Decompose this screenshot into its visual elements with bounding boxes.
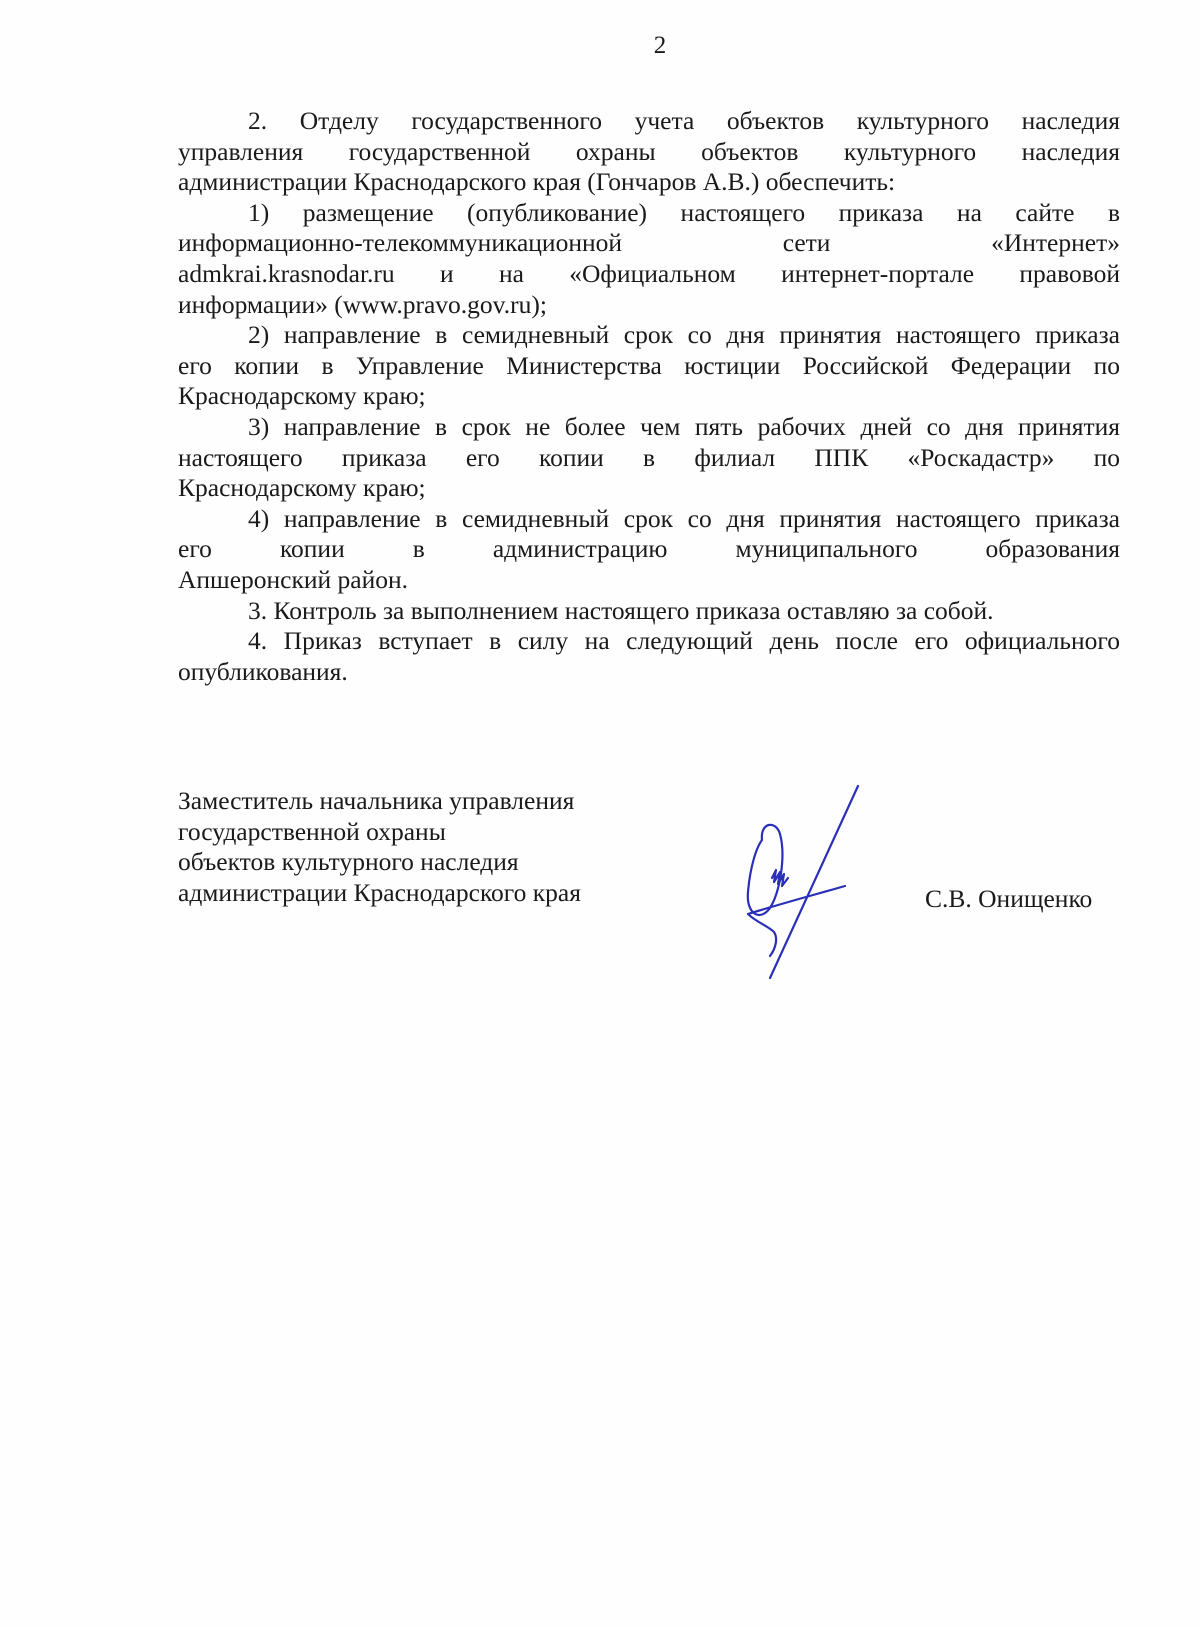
text-line: его копии в Управление Министерства юсти… bbox=[178, 351, 1120, 382]
paragraph-2-item-3: 3) направление в срок не более чем пять … bbox=[178, 412, 1120, 504]
text-line: информационно-телекоммуникационной сети … bbox=[178, 228, 1120, 259]
text-line: 2. Отделу государственного учета объекто… bbox=[178, 106, 1120, 137]
paragraph-2-item-2: 2) направление в семидневный срок со дня… bbox=[178, 320, 1120, 412]
text-line: admkrai.krasnodar.ru и на «Официальном и… bbox=[178, 259, 1120, 290]
text-line: опубликования. bbox=[178, 657, 1120, 688]
text-line: управления государственной охраны объект… bbox=[178, 137, 1120, 168]
text-line: настоящего приказа его копии в филиал ПП… bbox=[178, 443, 1120, 474]
text-line: 3) направление в срок не более чем пять … bbox=[178, 412, 1120, 443]
signatory-title-line: государственной охраны bbox=[178, 817, 581, 848]
text-line: Апшеронский район. bbox=[178, 565, 1120, 596]
page-number: 2 bbox=[0, 32, 1200, 60]
paragraph-2-item-1: 1) размещение (опубликование) настоящего… bbox=[178, 198, 1120, 320]
text-line: администрации Краснодарского края (Гонча… bbox=[178, 167, 1120, 198]
text-line: 3. Контроль за выполнением настоящего пр… bbox=[178, 596, 1120, 627]
signatory-title-line: Заместитель начальника управления bbox=[178, 786, 581, 817]
text-line: его копии в администрацию муниципального… bbox=[178, 534, 1120, 565]
handwritten-signature-icon bbox=[730, 782, 880, 982]
paragraph-3: 3. Контроль за выполнением настоящего пр… bbox=[178, 596, 1120, 627]
text-line: 4. Приказ вступает в силу на следующий д… bbox=[178, 626, 1120, 657]
signatory-title-line: объектов культурного наследия bbox=[178, 847, 581, 878]
text-line: Краснодарскому краю; bbox=[178, 473, 1120, 504]
document-page: 2 2. Отделу государственного учета объек… bbox=[0, 0, 1200, 1626]
signatory-title-line: администрации Краснодарского края bbox=[178, 878, 581, 909]
text-line: 4) направление в семидневный срок со дня… bbox=[178, 504, 1120, 535]
text-line: 1) размещение (опубликование) настоящего… bbox=[178, 198, 1120, 229]
signer-name: С.В. Онищенко bbox=[925, 884, 1092, 914]
text-line: Краснодарскому краю; bbox=[178, 381, 1120, 412]
paragraph-2: 2. Отделу государственного учета объекто… bbox=[178, 106, 1120, 198]
text-line: 2) направление в семидневный срок со дня… bbox=[178, 320, 1120, 351]
text-line: информации» (www.pravo.gov.ru); bbox=[178, 290, 1120, 321]
paragraph-4: 4. Приказ вступает в силу на следующий д… bbox=[178, 626, 1120, 687]
document-body: 2. Отделу государственного учета объекто… bbox=[178, 106, 1120, 687]
paragraph-2-item-4: 4) направление в семидневный срок со дня… bbox=[178, 504, 1120, 596]
signatory-title: Заместитель начальника управления госуда… bbox=[178, 786, 581, 908]
